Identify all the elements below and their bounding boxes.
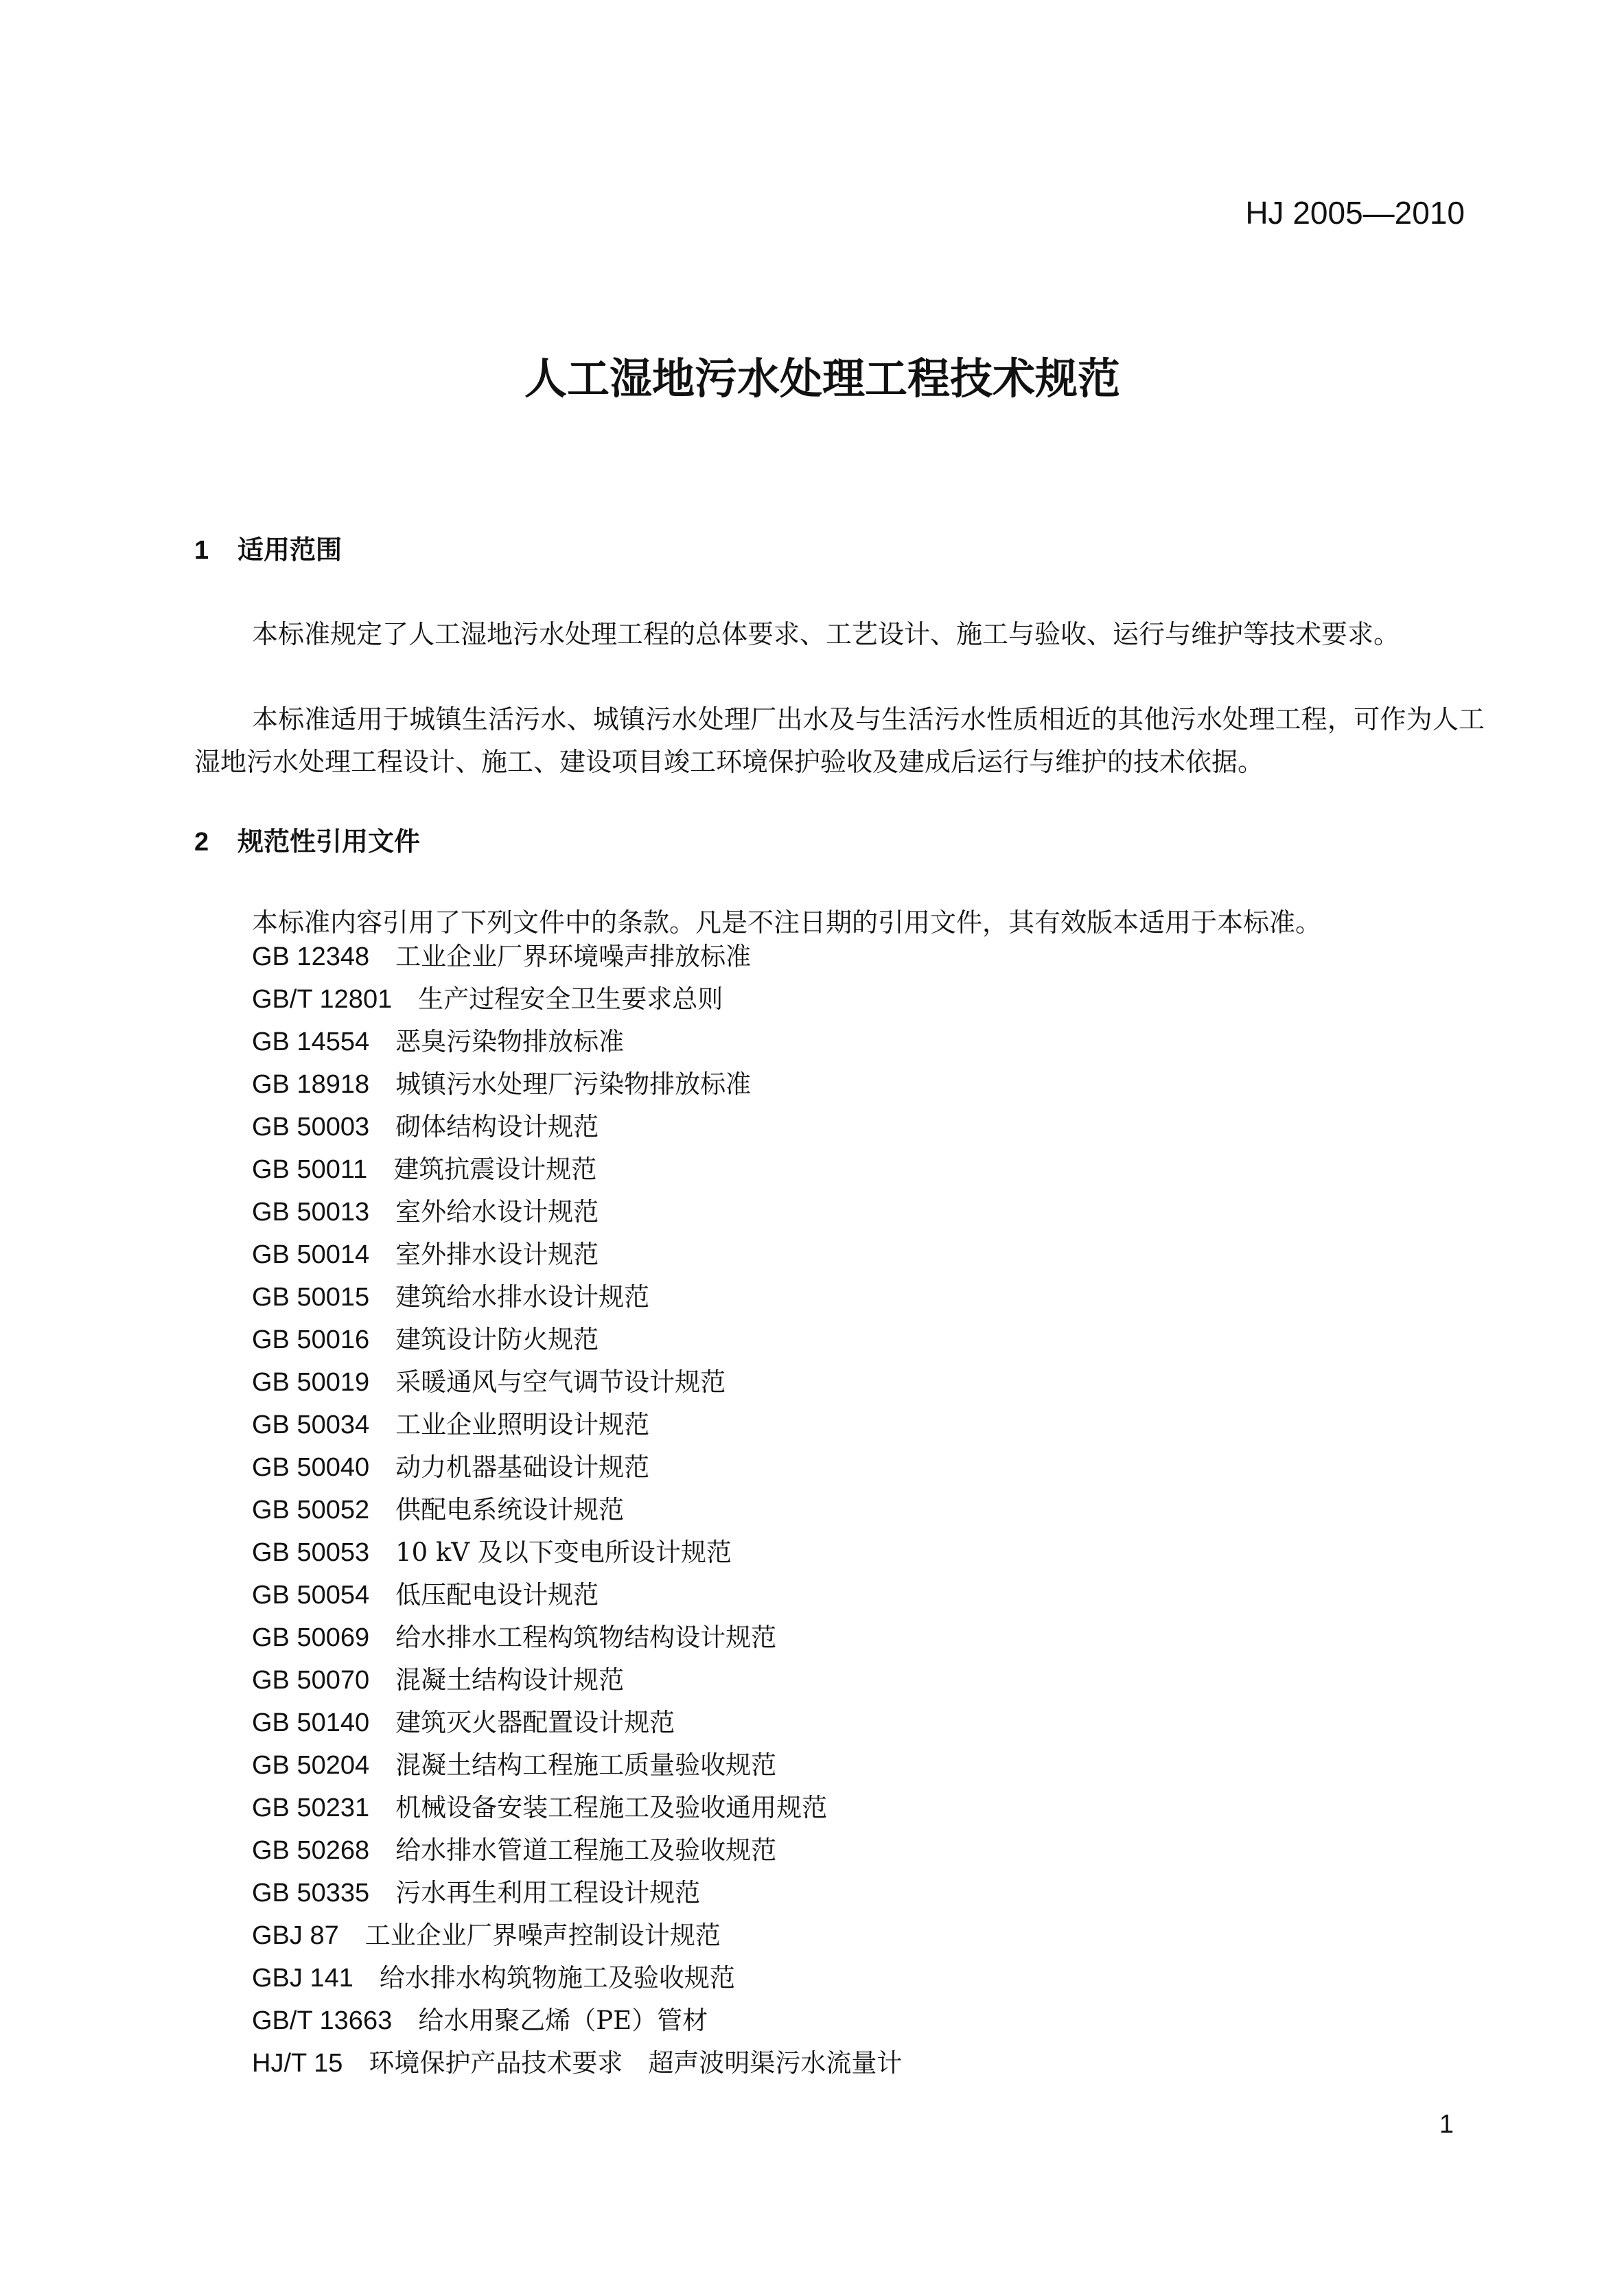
- reference-title: 室外排水设计规范: [395, 1240, 599, 1269]
- reference-item: GB 50014室外排水设计规范: [252, 1233, 902, 1275]
- reference-title: 建筑给水排水设计规范: [395, 1282, 649, 1312]
- reference-item: GB 50011建筑抗震设计规范: [252, 1148, 902, 1190]
- reference-code: GB 50069: [252, 1616, 369, 1659]
- reference-title: 给水排水管道工程施工及验收规范: [395, 1835, 776, 1865]
- reference-title: 动力机器基础设计规范: [395, 1452, 649, 1482]
- reference-code: GB 50003: [252, 1106, 369, 1148]
- reference-item: GB/T 13663给水用聚乙烯（PE）管材: [252, 1999, 902, 2041]
- reference-code: GB 50054: [252, 1574, 369, 1616]
- standard-code: HJ 2005—2010: [1245, 192, 1465, 233]
- reference-code: GB 50231: [252, 1787, 369, 1829]
- reference-title: 10 kV 及以下变电所设计规范: [395, 1538, 732, 1567]
- reference-item: GB 50034工业企业照明设计规范: [252, 1403, 902, 1446]
- reference-code: GBJ 141: [252, 1957, 353, 1999]
- reference-title: 给水排水构筑物施工及验收规范: [380, 1963, 735, 1993]
- reference-code: GB 50014: [252, 1233, 369, 1276]
- reference-item: GB 50204混凝土结构工程施工质量验收规范: [252, 1743, 902, 1786]
- reference-item: GB 50069给水排水工程构筑物结构设计规范: [252, 1616, 902, 1658]
- reference-title: 室外给水设计规范: [395, 1197, 599, 1227]
- reference-title: 生产过程安全卫生要求总则: [418, 984, 723, 1014]
- section-1-paragraph-1: 本标准规定了人工湿地污水处理工程的总体要求、工艺设计、施工与验收、运行与维护等技…: [194, 613, 1485, 656]
- reference-item: GB 50013室外给水设计规范: [252, 1190, 902, 1233]
- reference-code: GB 12348: [252, 936, 369, 978]
- reference-code: GB 50335: [252, 1872, 369, 1914]
- page-number: 1: [1439, 2107, 1454, 2142]
- reference-title: 采暖通风与空气调节设计规范: [395, 1367, 726, 1397]
- document-title: 人工湿地污水处理工程技术规范: [0, 351, 1624, 406]
- reference-title: 建筑灭火器配置设计规范: [395, 1708, 675, 1737]
- reference-title: 工业企业厂界噪声控制设计规范: [365, 1921, 721, 1950]
- section-2-heading: 2规范性引用文件: [194, 824, 420, 859]
- reference-item: GB 50040动力机器基础设计规范: [252, 1446, 902, 1488]
- reference-title: 工业企业照明设计规范: [395, 1410, 649, 1439]
- reference-item: GB 50054低压配电设计规范: [252, 1573, 902, 1616]
- reference-title: 混凝土结构工程施工质量验收规范: [395, 1750, 776, 1780]
- reference-item: GB 50003砌体结构设计规范: [252, 1105, 902, 1148]
- reference-item: GBJ 141给水排水构筑物施工及验收规范: [252, 1956, 902, 1999]
- section-title: 规范性引用文件: [237, 826, 420, 857]
- reference-code: GB 50016: [252, 1319, 369, 1361]
- reference-title: 给水排水工程构筑物结构设计规范: [395, 1623, 776, 1652]
- reference-item: GB 50268给水排水管道工程施工及验收规范: [252, 1829, 902, 1871]
- reference-title: 低压配电设计规范: [395, 1580, 599, 1610]
- reference-item: GB 14554恶臭污染物排放标准: [252, 1020, 902, 1063]
- reference-item: GB 50052供配电系统设计规范: [252, 1488, 902, 1531]
- reference-code: GB 50034: [252, 1404, 369, 1446]
- reference-item: GB 50140建筑灭火器配置设计规范: [252, 1701, 902, 1743]
- reference-code: GB 50268: [252, 1829, 369, 1872]
- reference-code: GB 50140: [252, 1702, 369, 1744]
- reference-title: 工业企业厂界环境噪声排放标准: [395, 942, 751, 971]
- reference-title: 环境保护产品技术要求 超声波明渠污水流量计: [369, 2048, 902, 2078]
- reference-code: HJ/T 15: [252, 2042, 343, 2085]
- reference-title: 供配电系统设计规范: [395, 1495, 624, 1524]
- reference-item: GB 12348工业企业厂界环境噪声排放标准: [252, 935, 902, 977]
- reference-code: GB 50015: [252, 1276, 369, 1319]
- reference-item: GB 50019采暖通风与空气调节设计规范: [252, 1360, 902, 1403]
- reference-title: 建筑抗震设计规范: [393, 1155, 596, 1184]
- reference-code: GB 50052: [252, 1489, 369, 1531]
- reference-item: GB 50016建筑设计防火规范: [252, 1318, 902, 1360]
- reference-title: 污水再生利用工程设计规范: [395, 1878, 700, 1907]
- reference-item: HJ/T 15环境保护产品技术要求 超声波明渠污水流量计: [252, 2041, 902, 2084]
- section-title: 适用范围: [237, 535, 342, 565]
- reference-item: GB 18918城镇污水处理厂污染物排放标准: [252, 1063, 902, 1105]
- reference-code: GB 14554: [252, 1021, 369, 1063]
- section-1-heading: 1适用范围: [194, 533, 342, 568]
- reference-code: GB 50053: [252, 1531, 369, 1574]
- reference-code: GB 50070: [252, 1659, 369, 1702]
- reference-code: GB 18918: [252, 1063, 369, 1106]
- reference-title: 建筑设计防火规范: [395, 1325, 599, 1354]
- reference-code: GBJ 87: [252, 1914, 339, 1957]
- reference-code: GB/T 13663: [252, 1999, 392, 2042]
- reference-item: GB 50070混凝土结构设计规范: [252, 1658, 902, 1701]
- reference-title: 砌体结构设计规范: [395, 1112, 599, 1141]
- reference-item: GBJ 87工业企业厂界噪声控制设计规范: [252, 1914, 902, 1956]
- reference-code: GB 50011: [252, 1148, 367, 1191]
- reference-code: GB 50013: [252, 1191, 369, 1233]
- normative-references-list: GB 12348工业企业厂界环境噪声排放标准 GB/T 12801生产过程安全卫…: [252, 935, 902, 2084]
- reference-title: 恶臭污染物排放标准: [395, 1027, 624, 1056]
- reference-title: 混凝土结构设计规范: [395, 1665, 624, 1695]
- reference-item: GB/T 12801生产过程安全卫生要求总则: [252, 977, 902, 1020]
- reference-code: GB 50204: [252, 1744, 369, 1787]
- section-number: 2: [194, 825, 237, 859]
- section-1-paragraph-2: 本标准适用于城镇生活污水、城镇污水处理厂出水及与生活污水性质相近的其他污水处理工…: [194, 698, 1485, 783]
- reference-title: 机械设备安装工程施工及验收通用规范: [395, 1793, 827, 1822]
- reference-code: GB 50040: [252, 1446, 369, 1489]
- reference-item: GB 50015建筑给水排水设计规范: [252, 1275, 902, 1318]
- section-number: 1: [194, 533, 237, 568]
- reference-item: GB 50335污水再生利用工程设计规范: [252, 1871, 902, 1914]
- document-page: HJ 2005—2010 人工湿地污水处理工程技术规范 1适用范围 本标准规定了…: [0, 0, 1624, 2296]
- reference-title: 城镇污水处理厂污染物排放标准: [395, 1069, 751, 1099]
- reference-title: 给水用聚乙烯（PE）管材: [418, 2006, 708, 2035]
- reference-item: GB 5005310 kV 及以下变电所设计规范: [252, 1531, 902, 1573]
- reference-code: GB/T 12801: [252, 978, 392, 1021]
- reference-item: GB 50231机械设备安装工程施工及验收通用规范: [252, 1786, 902, 1829]
- reference-code: GB 50019: [252, 1361, 369, 1404]
